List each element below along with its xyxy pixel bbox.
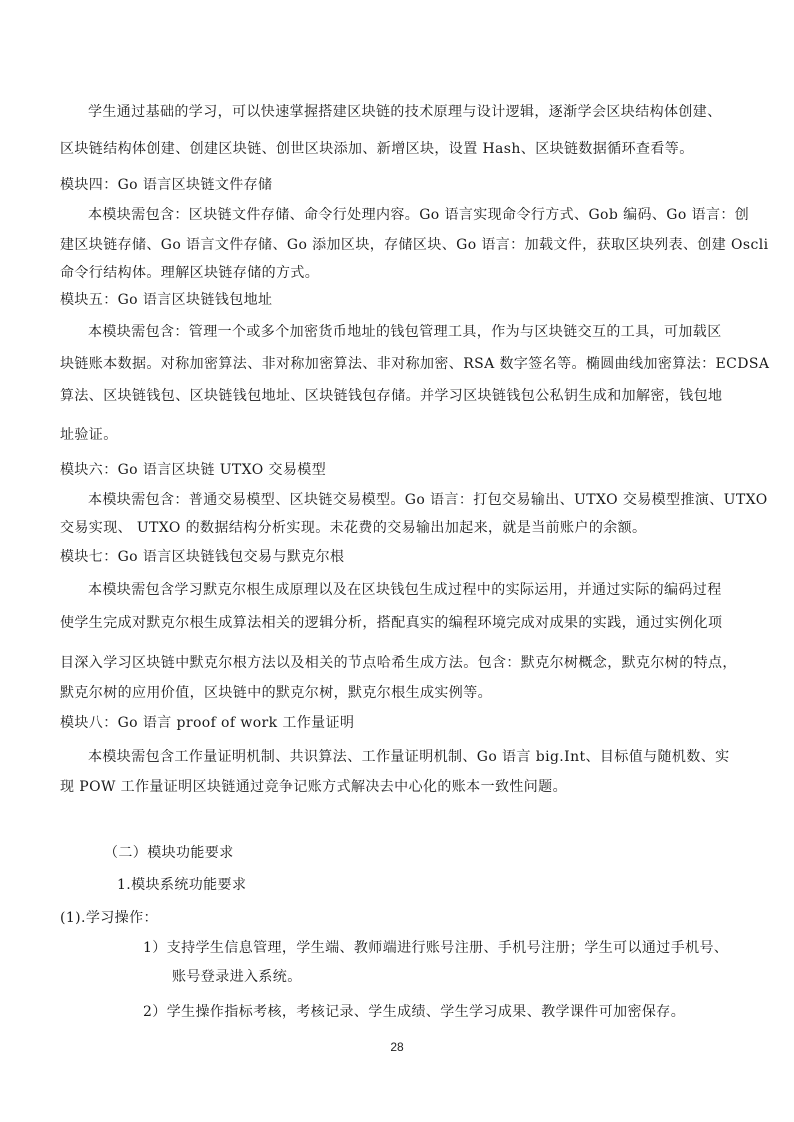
subsection-heading-system-requirements: 1.模块系统功能要求 [117,876,794,894]
module-5-body-line-2: 块链账本数据。对称加密算法、非对称加密算法、非对称加密、RSA 数字签名等。椭圆… [60,355,740,373]
module-6-body-line-2: 交易实现、 UTXO 的数据结构分析实现。未花费的交易输出加起来，就是当前账户的… [60,519,740,537]
module-8-heading: 模块八：Go 语言 proof of work 工作量证明 [60,714,740,732]
list-item-1-line-1: 1）支持学生信息管理，学生端、教师端进行账号注册、手机号注册；学生可以通过手机号… [143,939,794,957]
module-6-heading: 模块六：Go 语言区块链 UTXO 交易模型 [60,461,740,479]
section-heading-module-requirements: （二）模块功能要求 [104,844,784,862]
list-heading-learning-operations: (1).学习操作： [60,909,740,927]
module-6-body-line-1: 本模块需包含：普通交易模型、区块链交易模型。Go 语言：打包交易输出、UTXO … [88,491,768,509]
page-number: 28 [0,1040,794,1054]
module-5-heading: 模块五：Go 语言区块链钱包地址 [60,291,740,309]
paragraph-intro-line-1: 学生通过基础的学习，可以快速掌握搭建区块链的技术原理与设计逻辑，逐渐学会区块结构… [88,103,768,121]
module-8-body-line-2: 现 POW 工作量证明区块链通过竞争记账方式解决去中心化的账本一致性问题。 [60,778,740,796]
module-4-heading: 模块四：Go 语言区块链文件存储 [60,176,740,194]
module-7-body-line-1: 本模块需包含学习默克尔根生成原理以及在区块钱包生成过程中的实际运用，并通过实际的… [88,581,768,599]
module-5-body-line-1: 本模块需包含：管理一个或多个加密货币地址的钱包管理工具，作为与区块链交互的工具，… [88,323,768,341]
list-item-2: 2）学生操作指标考核，考核记录、学生成绩、学生学习成果、教学课件可加密保存。 [143,1003,794,1021]
module-7-body-line-2: 使学生完成对默克尔根生成算法相关的逻辑分析，搭配真实的编程环境完成对成果的实践，… [60,614,740,632]
module-5-body-line-4: 址验证。 [60,426,740,444]
module-8-body-line-1: 本模块需包含工作量证明机制、共识算法、工作量证明机制、Go 语言 big.Int… [88,748,768,766]
module-4-body-line-2: 建区块链存储、Go 语言文件存储、Go 添加区块，存储区块、Go 语言：加载文件… [60,236,740,254]
module-7-body-line-3: 目深入学习区块链中默克尔根方法以及相关的节点哈希生成方法。包含：默克尔树概念，默… [60,654,740,672]
module-7-body-line-4: 默克尔树的应用价值，区块链中的默克尔树，默克尔根生成实例等。 [60,684,740,702]
module-4-body-line-1: 本模块需包含：区块链文件存储、命令行处理内容。Go 语言实现命令行方式、Gob … [88,206,768,224]
module-4-body-line-3: 命令行结构体。理解区块链存储的方式。 [60,264,740,282]
module-5-body-line-3: 算法、区块链钱包、区块链钱包地址、区块链钱包存储。并学习区块链钱包公私钥生成和加… [60,387,740,405]
list-item-1-line-2: 账号登录进入系统。 [172,968,794,986]
document-page: 学生通过基础的学习，可以快速掌握搭建区块链的技术原理与设计逻辑，逐渐学会区块结构… [0,0,794,1122]
module-7-heading: 模块七：Go 语言区块链钱包交易与默克尔根 [60,548,740,566]
paragraph-intro-line-2: 区块链结构体创建、创建区块链、创世区块添加、新增区块，设置 Hash、区块链数据… [60,140,740,158]
